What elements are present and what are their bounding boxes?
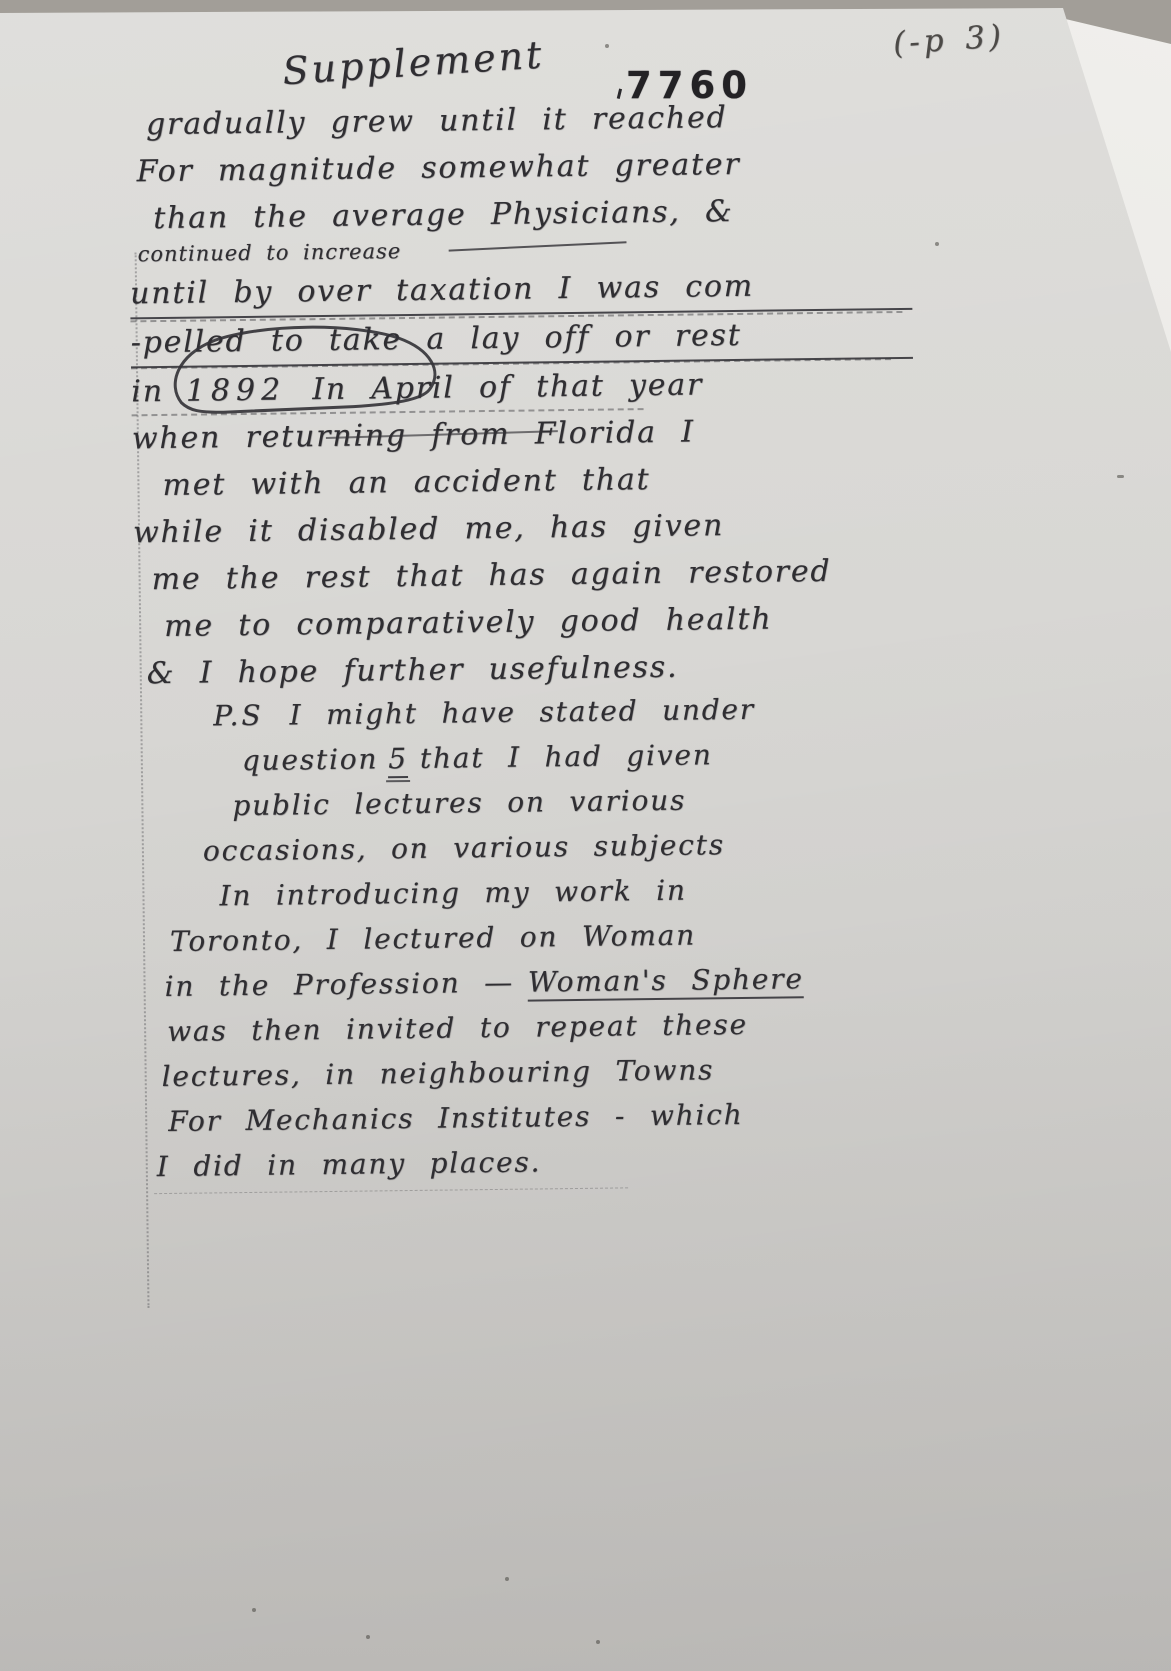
line-fragment: in the Profession —: [164, 966, 514, 1003]
underlined-phrase: Woman's Sphere: [528, 962, 804, 1001]
paper-speck: [1117, 475, 1124, 478]
question-number-double-underlined: 5: [388, 742, 408, 778]
scanned-document-photo: { "document": { "corner_note": "(-p 3)",…: [0, 0, 1171, 1671]
postscript-label: P.S: [213, 699, 264, 733]
paper-speck: [252, 1608, 256, 1612]
paper-speck: [366, 1635, 370, 1639]
postscript-paragraph: P.SI might have stated under question5th…: [213, 684, 949, 1188]
line-fragment: that I had given: [420, 738, 713, 775]
line-fragment: I might have stated under: [289, 693, 755, 732]
paper-speck: [596, 1640, 600, 1644]
handwritten-line: I did in many places.: [157, 1134, 949, 1189]
line-fragment: question: [242, 742, 379, 777]
year-circle-annotation: [153, 323, 464, 419]
faint-bottom-rule: [154, 1187, 628, 1194]
paper-speck: [505, 1577, 509, 1581]
document-heading: Supplement: [281, 32, 545, 93]
handwriting-layer: Supplement gradually grew until it reach…: [0, 0, 1171, 1671]
handwritten-line: me the rest that has again restored: [151, 547, 916, 603]
paper-speck: [605, 44, 609, 48]
paper-speck: [935, 242, 939, 246]
